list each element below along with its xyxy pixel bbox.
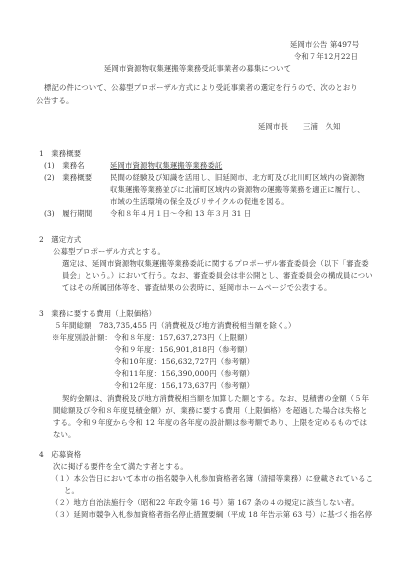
yearly-year: 令和11年度 [114, 369, 154, 378]
item-label: (1) 業務名 [44, 161, 85, 171]
yearly-amount: 156,390,000円 [161, 369, 217, 378]
yearly-note: （参考額） [217, 369, 254, 378]
total-cost: ５年間総額 783,735,455 円（消費税及び地方消費税相当額を除く。） [54, 321, 295, 331]
yearly-year: 令和12年度 [114, 381, 154, 390]
yearly-amount: 156,173,637円 [161, 381, 217, 390]
section-heading: 4 応募資格 [39, 450, 81, 460]
eligibility-line: 次に掲げる要件を全て満たす者とする。 [53, 462, 188, 472]
contract-note-line: ない。 [53, 430, 75, 440]
item-label: (2) 業務概要 [44, 173, 92, 183]
eligibility-line: と。 [64, 486, 79, 496]
yearly-row: 令和12年度：156,173,637円（参考額） [114, 381, 254, 391]
selection-line: 員会」という。）において行う。なお、審査委員会は非公開とし、審査委員会の構成員に… [62, 271, 373, 281]
selection-line: 選定は、延岡市資源物収集運搬等業務委託に関するプロポーザル審査委員会（以下「審査… [62, 259, 369, 269]
performance-period: 令和８年４月１日～令和 13 年３月 31 日 [110, 209, 251, 219]
contract-note-line: 間総額及び令和８年度見積金額）が、業務に要する費用（上限価格）を超過した場合は失… [53, 406, 368, 416]
yearly-row: 令和10年度：156,632,727円（参考額） [114, 357, 254, 367]
eligibility-line: （２）地方自治法施行令（昭和22 年政令第 16 号）第 167 条の４の規定に… [51, 498, 359, 508]
yearly-year: 令和10年度 [114, 357, 154, 366]
notice-date: 令和７年12月22日 [280, 52, 358, 62]
eligibility-line: （１）本公告日において本市の指名競争入札参加資格者名簿（清掃等業務）に登載されて… [51, 474, 373, 484]
section-heading: 1 業務概要 [39, 149, 81, 159]
overview-line: 民間の経験及び知識を活用し、旧延岡市、北方町及び北川町区域内の資源物 [110, 173, 365, 183]
section-heading: 2 選定方式 [39, 235, 81, 245]
contract-note-line: 契約金額は、消費税及び地方消費税相当額を加算した額とする。なお、見積書の金額（５… [62, 394, 369, 404]
contract-note-line: する。令和９年度から令和 12 年度の各年度の設計額は参考額であり、上限を定める… [53, 418, 367, 428]
item-label: (3) 履行期間 [44, 209, 92, 219]
yearly-year: 令和８年度 [114, 333, 151, 342]
signature-office: 延岡市長 [258, 122, 288, 132]
intro-line-1: 標記の件について、公募型プロポーザル方式により受託事業者の選定を行うので、次のと… [44, 83, 358, 93]
yearly-amount: 156,632,727円 [161, 357, 217, 366]
eligibility-line: （３）延岡市競争入札参加資格者指名停止措置要綱（平成 18 年告示第 63 号）… [51, 510, 372, 520]
signature-name: 三浦 久知 [303, 122, 340, 132]
notice-number: 延岡市公告 第497号 [290, 40, 356, 50]
yearly-note: （上限額） [215, 333, 252, 342]
yearly-amount: 156,901,818円 [159, 345, 215, 354]
yearly-row: 令和11年度：156,390,000円（参考額） [114, 369, 254, 379]
overview-line: 収集運搬等業務並びに北浦町区域内の資源物の運搬等業務を適正に履行し、 [110, 185, 365, 195]
yearly-year: 令和９年度 [114, 345, 151, 354]
yearly-label: ※年度別設計額： [52, 333, 112, 343]
page-title: 延岡市資源物収集運搬等業務受託事業者の募集について [104, 64, 291, 74]
yearly-note: （参考額） [215, 345, 252, 354]
selection-line: てはその所属団体等を、審査結果の公表時に、延岡市ホームページで公表する。 [62, 283, 332, 293]
selection-line: 公募型プロポーザル方式とする。 [53, 247, 165, 257]
yearly-row: 令和８年度：157,637,273円（上限額） [114, 333, 252, 343]
yearly-row: 令和９年度：156,901,818円（参考額） [114, 345, 252, 355]
overview-line: 市域の生活環境の保全及びリサイクルの促進を図る。 [110, 197, 289, 207]
yearly-note: （参考額） [217, 357, 254, 366]
business-name-link: 延岡市資源物収集運搬等業務委託 [110, 161, 222, 171]
section-heading: 3 業務に要する費用（上限価格） [39, 309, 156, 319]
yearly-note: （参考額） [217, 381, 254, 390]
yearly-amount: 157,637,273円 [159, 333, 215, 342]
intro-line-2: 公告する。 [36, 96, 73, 106]
